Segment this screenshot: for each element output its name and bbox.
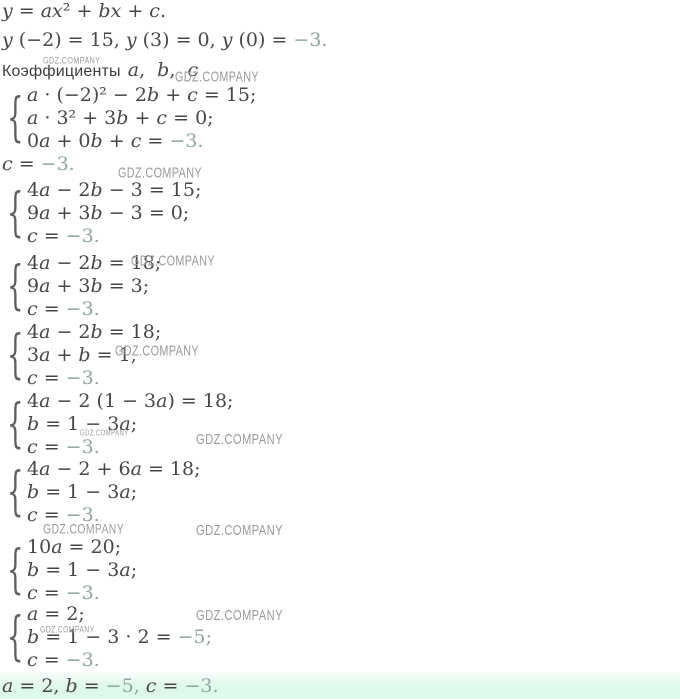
system-lines: 4a − 2 (1 − 3a) = 18;b = 1 − 3a;c = −3. [25,390,233,459]
equation-line: 4a − 2 + 6a = 18; [27,458,201,481]
gdz-watermark: GDZ.COMPANY [196,521,283,538]
left-brace: { [7,603,19,672]
equation-system-8: {a = 2;b = 1 − 3 · 2 = −5;c = −3. [1,603,212,672]
equation-line: 0a + 0b + c = −3. [27,130,256,153]
left-brace: { [7,458,19,527]
left-brace: { [7,536,19,605]
final-answer: a = 2, b = −5, c = −3. [2,675,219,697]
equation-system-5: {4a − 2 (1 − 3a) = 18;b = 1 − 3a;c = −3. [1,390,233,459]
equation-system-2: {4a − 2b − 3 = 15;9a + 3b − 3 = 0;c = −3… [1,179,201,248]
formula-line: y = ax² + bx + c. [2,0,166,22]
gdz-watermark: GDZ.COMPANY [43,55,100,66]
system-lines: 4a − 2b − 3 = 15;9a + 3b − 3 = 0;c = −3. [25,179,201,248]
left-brace: { [7,179,19,248]
gdz-watermark: GDZ.COMPANY [40,624,95,635]
equation-line: 9a + 3b − 3 = 0; [27,202,201,225]
equation-line: 4a − 2b = 18; [27,321,161,344]
equation-line: c = −3. [27,582,137,605]
gdz-watermark: GDZ.COMPANY [196,606,283,623]
system-lines: a · (−2)² − 2b + c = 15;a · 3² + 3b + c … [25,84,256,153]
equation-system-1: {a · (−2)² − 2b + c = 15;a · 3² + 3b + c… [1,84,256,153]
answer-highlight-band: a = 2, b = −5, c = −3. [0,672,680,699]
equation-line: c = −3. [27,298,161,321]
conditions-line: y (−2) = 15, y (3) = 0, y (0) = −3. [2,29,327,51]
gdz-watermark: GDZ.COMPANY [118,165,202,181]
equation-line: a · (−2)² − 2b + c = 15; [27,84,256,107]
equation-line: a · 3² + 3b + c = 0; [27,107,256,130]
equation-line: 10a = 20; [27,536,137,559]
equation-line: c = −3. [27,225,201,248]
equation-line: b = 1 − 3a; [27,481,201,504]
equation-line: 9a + 3b = 3; [27,275,161,298]
system-lines: 4a − 2 + 6a = 18;b = 1 − 3a;c = −3. [25,458,201,527]
system-lines: a = 2;b = 1 − 3 · 2 = −5;c = −3. [25,603,212,672]
left-brace: { [7,390,19,459]
equation-line: b = 1 − 3a; [27,559,137,582]
equation-line: c = −3. [27,649,212,672]
gdz-watermark: GDZ.COMPANY [43,521,124,537]
left-brace: { [7,321,19,390]
equation-system-6: {4a − 2 + 6a = 18;b = 1 − 3a;c = −3. [1,458,201,527]
c-value-line: c = −3. [2,153,75,175]
gdz-watermark: GDZ.COMPANY [115,343,199,359]
gdz-watermark: GDZ.COMPANY [80,428,129,438]
left-brace: { [7,84,19,153]
gdz-watermark: GDZ.COMPANY [175,69,259,85]
solution-page: y = ax² + bx + c. y (−2) = 15, y (3) = 0… [0,0,680,699]
equation-line: c = −3. [27,367,161,390]
left-brace: { [7,252,19,321]
gdz-watermark: GDZ.COMPANY [196,430,283,447]
equation-line: a = 2; [27,603,212,626]
equation-system-7: {10a = 20;b = 1 − 3a;c = −3. [1,536,137,605]
equation-line: 4a − 2b − 3 = 15; [27,179,201,202]
coefficients-label: Коэффициенты [2,63,121,81]
system-lines: 10a = 20;b = 1 − 3a;c = −3. [25,536,137,605]
equation-line: 4a − 2 (1 − 3a) = 18; [27,390,233,413]
gdz-watermark: GDZ.COMPANY [131,253,215,269]
